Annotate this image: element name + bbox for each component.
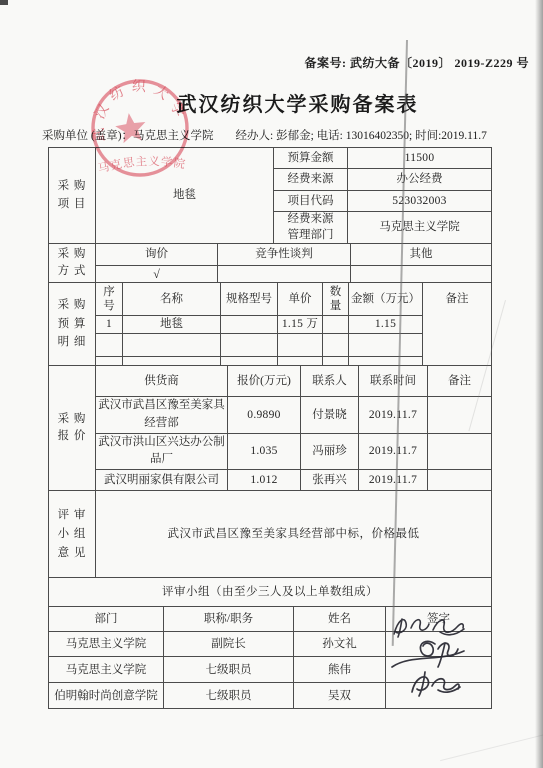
fund-source-value: 办公经费: [348, 169, 492, 191]
budget-row-amount: 1.15: [349, 316, 423, 334]
committee-dept: 马克思主义学院: [49, 632, 164, 657]
col-header-spec: 规格型号: [221, 283, 278, 316]
seal-star-icon: [114, 111, 148, 144]
fund-dept-label: 经费来源管理部门: [274, 212, 348, 244]
quote-note: [428, 470, 492, 491]
budget-empty-cell: [349, 334, 423, 357]
col-header-no: 序号: [96, 283, 123, 316]
official-seal: 武汉纺织大学 马克思主义学院: [86, 76, 194, 180]
method-checkmark: √: [96, 266, 218, 283]
signature-wu-shuang: [398, 666, 468, 702]
col-header-qty: 数量: [323, 283, 349, 316]
quote-price: 0.9890: [228, 397, 301, 434]
col-header-note: 备注: [423, 283, 492, 366]
col-header-contact-time: 联系时间: [359, 366, 428, 397]
project-code-label: 项目代码: [274, 191, 348, 212]
quotes-section-label: 采 购 报 价: [49, 366, 96, 491]
handler-contact-text: 经办人: 彭郁金; 电话: 13016402350; 时间:2019.11.7: [236, 127, 487, 143]
quote-time: 2019.11.7: [359, 470, 428, 491]
col-header-name: 名称: [123, 283, 221, 316]
scan-edge-shadow: [535, 0, 543, 768]
budget-row-name: 地毯: [123, 316, 221, 334]
budget-empty-cell: [323, 334, 349, 357]
committee-name: 熊伟: [294, 657, 386, 683]
committee-post: 七级职员: [164, 657, 294, 683]
committee-title: 评审小组（由至少三人及以上单数组成）: [49, 578, 492, 607]
method-option-other: 其他: [351, 244, 492, 266]
page-title: 武汉纺织大学采购备案表: [0, 88, 543, 117]
committee-dept: 伯明翰时尚创意学院: [49, 683, 164, 709]
quote-note: [428, 433, 492, 470]
quote-contact: 张再兴: [301, 470, 359, 491]
committee-dept: 马克思主义学院: [49, 657, 164, 683]
filing-number: 备案号: 武纺大备〔2019〕 2019-Z229 号: [305, 54, 530, 71]
budget-empty-cell: [123, 334, 221, 357]
quote-supplier: 武汉市洪山区兴达办公制品厂: [96, 433, 228, 470]
method-empty-cell: [351, 266, 492, 283]
col-header-dept: 部门: [49, 607, 164, 632]
col-header-member-name: 姓名: [294, 607, 386, 632]
project-code-value: 523032003: [348, 191, 492, 212]
budget-section-label: 采 购 预 算 明 细: [49, 283, 96, 366]
quote-supplier: 武汉市武昌区豫至美家具经营部: [96, 397, 228, 434]
method-empty-cell: [218, 266, 351, 283]
fund-dept-value: 马克思主义学院: [348, 212, 492, 244]
quote-note: [428, 397, 492, 434]
committee-post: 七级职员: [164, 683, 294, 709]
committee-post: 副院长: [164, 632, 294, 657]
budget-amount-label: 预算金额: [274, 148, 348, 169]
committee-name: 孙文礼: [294, 632, 386, 657]
committee-name: 吴双: [294, 683, 386, 709]
col-header-contact: 联系人: [301, 366, 359, 397]
method-option-inquiry: 询价: [96, 244, 218, 266]
budget-row-no: 1: [96, 316, 123, 334]
quote-price: 1.035: [228, 433, 301, 470]
section-quotes: 采 购 报 价 供货商 报价(万元) 联系人 联系时间 备注 武汉市武昌区豫至美…: [48, 365, 492, 491]
budget-amount-value: 11500: [348, 148, 492, 169]
budget-empty-cell: [221, 334, 278, 357]
col-header-amount: 金额（万元）: [349, 283, 423, 316]
method-option-negotiation: 竞争性谈判: [218, 244, 351, 266]
budget-empty-cell: [96, 334, 123, 357]
section-method: 采 购 方 式 询价 竞争性谈判 其他 √: [48, 243, 492, 283]
quote-time: 2019.11.7: [359, 433, 428, 470]
fund-source-label: 经费来源: [274, 169, 348, 191]
budget-row-unit-price: 1.15 万: [278, 316, 323, 334]
opinion-section-label: 评 审 小 组 意 见: [49, 491, 96, 578]
section-budget-detail: 采 购 预 算 明 细 序号 名称 规格型号 单价 数量 金额（万元） 备注 1…: [48, 282, 492, 366]
quote-time: 2019.11.7: [359, 397, 428, 434]
col-header-supplier: 供货商: [96, 366, 228, 397]
section-opinion: 评 审 小 组 意 见 武汉市武昌区豫至美家具经营部中标，价格最低: [48, 490, 492, 578]
quote-supplier: 武汉明丽家俱有限公司: [96, 470, 228, 491]
col-header-post: 职称/职务: [164, 607, 294, 632]
scanned-document-page: 备案号: 武纺大备〔2019〕 2019-Z229 号 武汉纺织大学采购备案表 …: [0, 0, 543, 768]
opinion-text: 武汉市武昌区豫至美家具经营部中标，价格最低: [96, 491, 492, 578]
section-committee-title: 评审小组（由至少三人及以上单数组成）: [48, 577, 492, 607]
budget-empty-cell: [278, 334, 323, 357]
scan-corner-artifact: [0, 0, 8, 5]
quote-contact: 冯丽珍: [301, 433, 359, 470]
budget-row-qty: [323, 316, 349, 334]
scan-crease-artifact: [440, 724, 543, 761]
method-section-label: 采 购 方 式: [49, 244, 96, 283]
quote-contact: 付景晓: [301, 397, 359, 434]
col-header-price: 报价(万元): [228, 366, 301, 397]
quote-price: 1.012: [228, 470, 301, 491]
budget-row-spec: [221, 316, 278, 334]
col-header-unit-price: 单价: [278, 283, 323, 316]
